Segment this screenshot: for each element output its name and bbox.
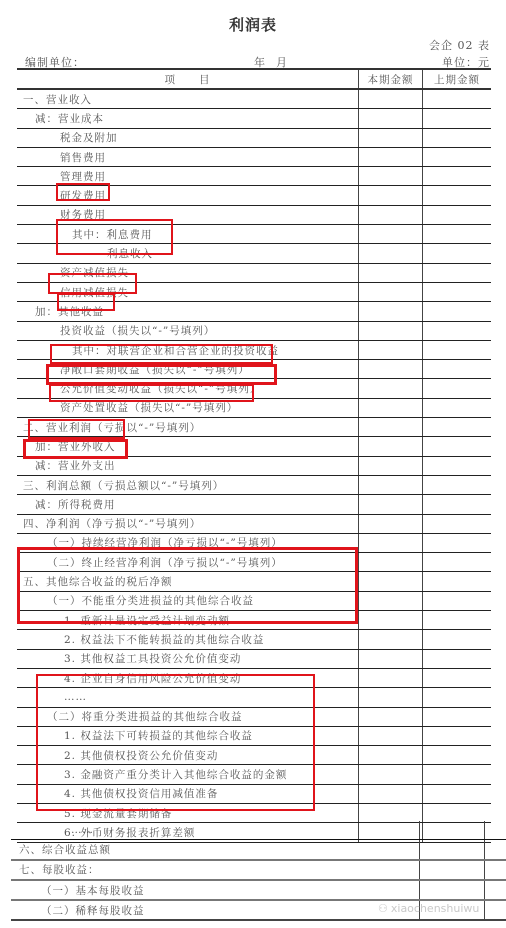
prior-amount-cell[interactable] <box>423 244 492 263</box>
row-label: …… <box>11 821 420 840</box>
row-label: （二）终止经营净利润（净亏损以“-”号填列） <box>17 553 359 572</box>
current-amount-cell[interactable] <box>359 109 423 128</box>
current-amount-cell[interactable] <box>359 630 423 649</box>
row-label: 资产处置收益（损失以“-”号填列） <box>17 398 359 417</box>
prior-amount-cell[interactable] <box>485 860 506 880</box>
current-amount-cell[interactable] <box>359 263 423 282</box>
prior-amount-cell[interactable] <box>423 302 492 321</box>
prior-amount-cell[interactable] <box>423 398 492 417</box>
prior-amount-cell[interactable] <box>423 89 492 109</box>
income-statement-table: 项 目 本期金额 上期金额 一、营业收入 减：营业成本 税金及附加 销售费用 管… <box>17 68 491 843</box>
table-row: 减：营业成本 <box>17 109 491 128</box>
table-row: 其中：对联营企业和合营企业的投资收益 <box>17 340 491 359</box>
prior-amount-cell[interactable] <box>423 572 492 591</box>
table-row: 资产减值损失 <box>17 263 491 282</box>
prior-amount-cell[interactable] <box>423 167 492 186</box>
row-label: 加：其他收益 <box>17 302 359 321</box>
prior-amount-cell[interactable] <box>423 495 492 514</box>
row-label: 1. 重新计量设定受益计划变动额 <box>17 611 359 630</box>
row-label: 六、综合收益总额 <box>11 840 420 860</box>
row-label: 一、营业收入 <box>17 89 359 109</box>
table-row: （二）终止经营净利润（净亏损以“-”号填列） <box>17 553 491 572</box>
table-row: （一）不能重分类进损益的其他综合收益 <box>17 591 491 610</box>
current-amount-cell[interactable] <box>359 475 423 494</box>
prior-amount-cell[interactable] <box>423 668 492 687</box>
table-row: 公允价值变动收益（损失以“-”号填列） <box>17 379 491 398</box>
current-amount-cell[interactable] <box>359 379 423 398</box>
current-amount-cell[interactable] <box>359 147 423 166</box>
prior-amount-cell[interactable] <box>485 880 506 900</box>
table-row: 3. 其他权益工具投资公允价值变动 <box>17 649 491 668</box>
prior-amount-cell[interactable] <box>423 186 492 205</box>
current-amount-cell[interactable] <box>359 128 423 147</box>
prior-amount-cell[interactable] <box>423 147 492 166</box>
table-row: 税金及附加 <box>17 128 491 147</box>
row-label: 信用减值损失 <box>17 282 359 301</box>
prior-amount-cell[interactable] <box>485 900 506 920</box>
current-amount-cell[interactable] <box>359 418 423 437</box>
row-label: 减：营业外支出 <box>17 456 359 475</box>
row-label: 2. 其他债权投资公允价值变动 <box>17 746 359 765</box>
table-row: 4. 企业自身信用风险公允价值变动 <box>17 668 491 687</box>
current-amount-cell[interactable] <box>359 360 423 379</box>
current-amount-cell[interactable] <box>359 456 423 475</box>
table-row: 利息收入 <box>17 244 491 263</box>
table-row: （一）持续经营净利润（净亏损以“-”号填列） <box>17 533 491 552</box>
current-amount-cell[interactable] <box>359 707 423 726</box>
row-label: 二、营业利润（亏损以“-”号填列） <box>17 418 359 437</box>
row-label: 3. 金融资产重分类计入其他综合收益的金额 <box>17 765 359 784</box>
row-label: 净敞口套期收益（损失以“-”号填列） <box>17 360 359 379</box>
table-row: …… <box>11 821 506 840</box>
current-amount-cell[interactable] <box>359 321 423 340</box>
prior-amount-cell[interactable] <box>423 225 492 244</box>
current-amount-cell[interactable] <box>359 302 423 321</box>
prior-amount-cell[interactable] <box>485 840 506 860</box>
prior-amount-cell[interactable] <box>423 533 492 552</box>
current-amount-cell[interactable] <box>420 821 485 840</box>
current-amount-cell[interactable] <box>359 244 423 263</box>
prior-amount-cell[interactable] <box>423 707 492 726</box>
current-amount-cell[interactable] <box>359 765 423 784</box>
current-amount-cell[interactable] <box>359 746 423 765</box>
current-amount-cell[interactable] <box>359 572 423 591</box>
current-amount-cell[interactable] <box>359 205 423 224</box>
current-amount-cell[interactable] <box>359 649 423 668</box>
current-amount-cell[interactable] <box>420 860 485 880</box>
prior-amount-cell[interactable] <box>423 321 492 340</box>
row-label: …… <box>17 688 359 707</box>
row-label: 销售费用 <box>17 147 359 166</box>
current-amount-cell[interactable] <box>359 282 423 301</box>
table-row: （一）基本每股收益 <box>11 880 506 900</box>
row-label: 研发费用 <box>17 186 359 205</box>
row-label: 4. 其他债权投资信用减值准备 <box>17 784 359 803</box>
current-amount-cell[interactable] <box>359 726 423 745</box>
table-row: 减：营业外支出 <box>17 456 491 475</box>
table-header-row: 项 目 本期金额 上期金额 <box>17 69 491 89</box>
header-current-period: 本期金额 <box>359 69 423 89</box>
table-row: 1. 重新计量设定受益计划变动额 <box>17 611 491 630</box>
current-amount-cell[interactable] <box>359 495 423 514</box>
table-row: 净敞口套期收益（损失以“-”号填列） <box>17 360 491 379</box>
prior-amount-cell[interactable] <box>423 784 492 803</box>
prior-amount-cell[interactable] <box>423 340 492 359</box>
row-label: 减：所得税费用 <box>17 495 359 514</box>
prior-amount-cell[interactable] <box>423 437 492 456</box>
current-amount-cell[interactable] <box>359 668 423 687</box>
row-label: 1. 权益法下可转损益的其他综合收益 <box>17 726 359 745</box>
prior-amount-cell[interactable] <box>423 205 492 224</box>
prior-amount-cell[interactable] <box>423 591 492 610</box>
row-label: （一）基本每股收益 <box>11 880 420 900</box>
row-label: 五、其他综合收益的税后净额 <box>17 572 359 591</box>
table-row: 研发费用 <box>17 186 491 205</box>
current-amount-cell[interactable] <box>359 514 423 533</box>
current-amount-cell[interactable] <box>359 784 423 803</box>
current-amount-cell[interactable] <box>359 225 423 244</box>
table-row: 一、营业收入 <box>17 89 491 109</box>
row-label: （一）持续经营净利润（净亏损以“-”号填列） <box>17 533 359 552</box>
row-label: 三、利润总额（亏损总额以“-”号填列） <box>17 475 359 494</box>
table-row: 1. 权益法下可转损益的其他综合收益 <box>17 726 491 745</box>
prior-amount-cell[interactable] <box>485 821 506 840</box>
prior-amount-cell[interactable] <box>423 803 492 822</box>
prior-amount-cell[interactable] <box>423 649 492 668</box>
header-item: 项 目 <box>17 69 359 89</box>
prior-amount-cell[interactable] <box>423 456 492 475</box>
table-row: 加：营业外收入 <box>17 437 491 456</box>
row-label: 税金及附加 <box>17 128 359 147</box>
current-amount-cell[interactable] <box>420 840 485 860</box>
table-row: 六、综合收益总额 <box>11 840 506 860</box>
table-row: 2. 其他债权投资公允价值变动 <box>17 746 491 765</box>
table-row: 减：所得税费用 <box>17 495 491 514</box>
current-amount-cell[interactable] <box>359 89 423 109</box>
table-row: 资产处置收益（损失以“-”号填列） <box>17 398 491 417</box>
current-amount-cell[interactable] <box>359 803 423 822</box>
row-label: 其中：对联营企业和合营企业的投资收益 <box>17 340 359 359</box>
current-amount-cell[interactable] <box>359 186 423 205</box>
row-label: 财务费用 <box>17 205 359 224</box>
table-row: （二）将重分类进损益的其他综合收益 <box>17 707 491 726</box>
prior-amount-cell[interactable] <box>423 514 492 533</box>
current-amount-cell[interactable] <box>359 611 423 630</box>
table-row: …… <box>17 688 491 707</box>
table-row: 5. 现金流量套期储备 <box>17 803 491 822</box>
table-row: 二、营业利润（亏损以“-”号填列） <box>17 418 491 437</box>
row-label: （二）稀释每股收益 <box>11 900 420 920</box>
wechat-icon: ⚇ <box>378 902 388 915</box>
row-label: 投资收益（损失以“-”号填列） <box>17 321 359 340</box>
current-amount-cell[interactable] <box>359 591 423 610</box>
table-row: 管理费用 <box>17 167 491 186</box>
report-title: 利润表 <box>0 14 506 35</box>
row-label: 四、净利润（净亏损以“-”号填列） <box>17 514 359 533</box>
row-label: 管理费用 <box>17 167 359 186</box>
header-prior-period: 上期金额 <box>423 69 492 89</box>
prior-amount-cell[interactable] <box>423 379 492 398</box>
watermark: ⚇xiaochenshuiwu <box>378 902 479 915</box>
current-amount-cell[interactable] <box>359 553 423 572</box>
prior-amount-cell[interactable] <box>423 688 492 707</box>
row-label: 公允价值变动收益（损失以“-”号填列） <box>17 379 359 398</box>
row-label: 4. 企业自身信用风险公允价值变动 <box>17 668 359 687</box>
row-label: 3. 其他权益工具投资公允价值变动 <box>17 649 359 668</box>
prior-amount-cell[interactable] <box>423 746 492 765</box>
current-amount-cell[interactable] <box>359 167 423 186</box>
current-amount-cell[interactable] <box>359 533 423 552</box>
table-row: 销售费用 <box>17 147 491 166</box>
prior-amount-cell[interactable] <box>423 475 492 494</box>
table-row: 2. 权益法下不能转损益的其他综合收益 <box>17 630 491 649</box>
prior-amount-cell[interactable] <box>423 765 492 784</box>
form-number: 会企 02 表 <box>429 37 490 53</box>
prior-amount-cell[interactable] <box>423 726 492 745</box>
table-row: 财务费用 <box>17 205 491 224</box>
current-amount-cell[interactable] <box>359 688 423 707</box>
row-label: 利息收入 <box>17 244 359 263</box>
row-label: 2. 权益法下不能转损益的其他综合收益 <box>17 630 359 649</box>
prior-amount-cell[interactable] <box>423 553 492 572</box>
current-amount-cell[interactable] <box>359 437 423 456</box>
table-row: 三、利润总额（亏损总额以“-”号填列） <box>17 475 491 494</box>
table-row: 4. 其他债权投资信用减值准备 <box>17 784 491 803</box>
current-amount-cell[interactable] <box>359 340 423 359</box>
prior-amount-cell[interactable] <box>423 128 492 147</box>
row-label: 其中：利息费用 <box>17 225 359 244</box>
current-amount-cell[interactable] <box>359 398 423 417</box>
prior-amount-cell[interactable] <box>423 418 492 437</box>
row-label: 5. 现金流量套期储备 <box>17 803 359 822</box>
row-label: 加：营业外收入 <box>17 437 359 456</box>
row-label: 七、每股收益： <box>11 860 420 880</box>
row-label: （二）将重分类进损益的其他综合收益 <box>17 707 359 726</box>
table-row: 3. 金融资产重分类计入其他综合收益的金额 <box>17 765 491 784</box>
prior-amount-cell[interactable] <box>423 109 492 128</box>
table-row: 加：其他收益 <box>17 302 491 321</box>
prior-amount-cell[interactable] <box>423 263 492 282</box>
prior-amount-cell[interactable] <box>423 282 492 301</box>
table-row: 五、其他综合收益的税后净额 <box>17 572 491 591</box>
current-amount-cell[interactable] <box>420 880 485 900</box>
prior-amount-cell[interactable] <box>423 611 492 630</box>
table-row: 其中：利息费用 <box>17 225 491 244</box>
table-row: 信用减值损失 <box>17 282 491 301</box>
row-label: 减：营业成本 <box>17 109 359 128</box>
table-row: 四、净利润（净亏损以“-”号填列） <box>17 514 491 533</box>
table-row: 投资收益（损失以“-”号填列） <box>17 321 491 340</box>
prior-amount-cell[interactable] <box>423 630 492 649</box>
row-label: （一）不能重分类进损益的其他综合收益 <box>17 591 359 610</box>
row-label: 资产减值损失 <box>17 263 359 282</box>
table-row: 七、每股收益： <box>11 860 506 880</box>
prior-amount-cell[interactable] <box>423 360 492 379</box>
